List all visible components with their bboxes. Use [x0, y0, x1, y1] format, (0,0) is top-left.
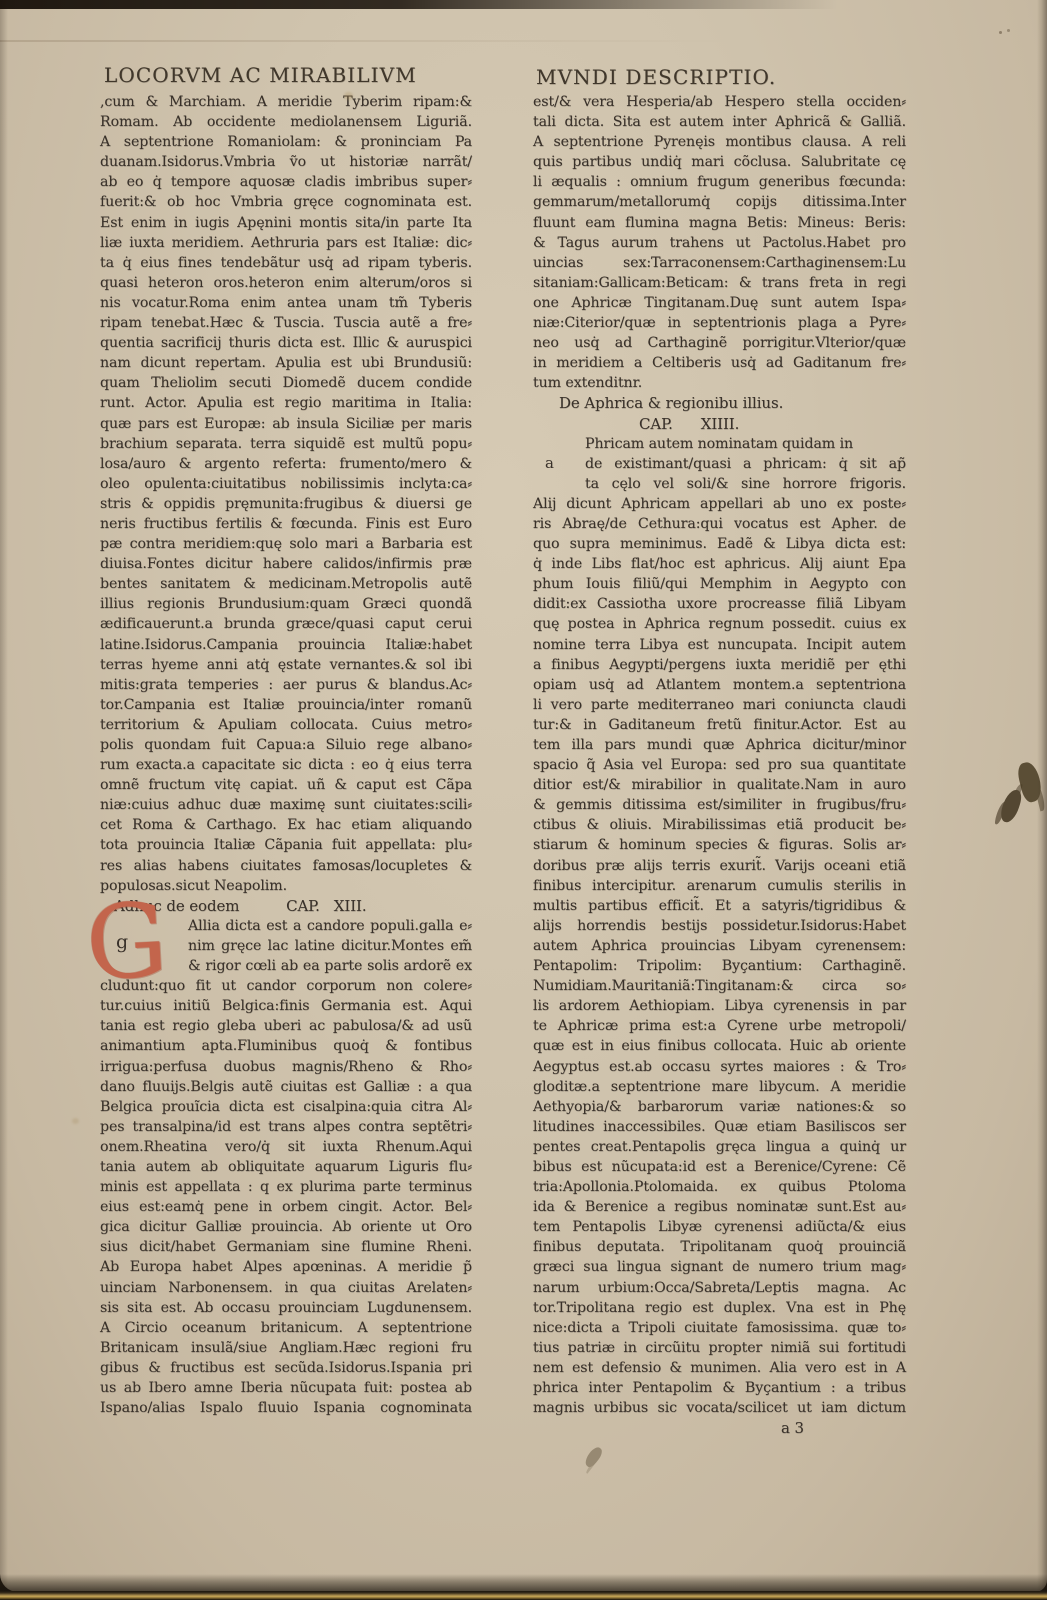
text-line: irrigua:perfusa duobus magnis/Rheno & Rh… [100, 1057, 472, 1077]
text-line: territorium & Apuliam collocata. Cuius m… [100, 715, 472, 735]
text-line: De Aphrica & regionibu illius. [533, 393, 906, 413]
text-line: pentes creat.Pentapolis gręca lingua a q… [533, 1137, 906, 1157]
text-line: quam Theliolim secuti Diomedẽ ducem cond… [100, 373, 472, 393]
text-line: finibus intercipitur. arenarum cumulis s… [533, 876, 906, 896]
text-line: Est enim in iugis Apęnini montis sita/in… [100, 213, 472, 233]
text-line: ab eo q̇ tempore aquosæ cladis imbribus … [100, 172, 472, 192]
text-line: CAP. XIIII. [533, 414, 906, 434]
ink-speck [999, 31, 1002, 34]
text-line: Ab Europa habet Alpes apœninas. A meridi… [100, 1257, 472, 1277]
text-line: niæ:cuius adhuc duæ maximę sunt ciuitate… [100, 795, 472, 815]
text-line: ædificauerunt.a brunda græce/quasi caput… [100, 614, 472, 634]
text-line: nem est defensio & munimen. Alia vero es… [533, 1358, 906, 1378]
text-line: quo supra meminimus. Eadẽ & Libya dicta … [533, 534, 906, 554]
text-line: diuisa.Fontes dicitur habere calidos/inf… [100, 554, 472, 574]
text-line: phum Iouis filiũ/qui Memphim in Aegypto … [533, 574, 906, 594]
scan-edge-left [0, 0, 8, 1600]
text-line: nam dicunt repertam. Apulia est ubi Brun… [100, 353, 472, 373]
foxing-spot [72, 1118, 79, 1124]
text-line: animantium apta.Fluminibus quoq̇ & fonti… [100, 1036, 472, 1056]
text-line: opiam usq̇ ad Atlantem montem.a septentr… [533, 675, 906, 695]
foxing-spot [846, 120, 852, 126]
text-line: Belgica prouĩcia dicta est cisalpina:qui… [100, 1097, 472, 1117]
text-line: gemmarum/metallorumq̇ copijs ditissima.I… [533, 192, 906, 212]
text-line: tania autem ab obliquitate aquarum Ligur… [100, 1157, 472, 1177]
text-line: Aethyopia/& barbarorum variæ nationes:& … [533, 1097, 906, 1117]
text-line: A septentrione Pyrenęis montibus clausa.… [533, 132, 906, 152]
text-line: pæ contra meridiem:quę solo mari a Barba… [100, 534, 472, 554]
running-title-left: LOCORVM AC MIRABILIVM [104, 63, 417, 87]
text-line: alijs horrendis bestijs possidetur.Isido… [533, 916, 906, 936]
text-line: illius regionis Brundusium:quam Græci qu… [100, 594, 472, 614]
scan-edge-right [1037, 0, 1047, 1600]
running-title-right: MVNDI DESCRIPTIO. [536, 65, 776, 89]
text-column-left: G g ,cum & Marchiam. A meridie Tyberim r… [100, 92, 472, 1418]
text-line: a finibus Aegypti/pergens iuxta meridiẽ … [533, 655, 906, 675]
text-line: quæ est in eius finibus collocata. Huic … [533, 1036, 906, 1056]
text-line: tor.Tripolitana regio est duplex. Vna es… [533, 1298, 906, 1318]
text-line: gloditæ.a septentrione mare libycum. A m… [533, 1077, 906, 1097]
text-line: us ab Ibero amne Iberia nũcupata fuit: p… [100, 1378, 472, 1398]
text-line: uincias sex:Tarraconensem:Carthaginensem… [533, 253, 906, 273]
text-line: Phricam autem nominatam quidam in [533, 434, 906, 454]
text-line: nice:dicta a Tripoli ciuitate famosissim… [533, 1318, 906, 1338]
guide-letter-g: g [116, 931, 128, 953]
text-line: ,cum & Marchiam. A meridie Tyberim ripam… [100, 92, 472, 112]
text-line: polis quondam fuit Capua:a Siluio rege a… [100, 735, 472, 755]
text-line: runt. Actor. Apulia est regio maritima i… [100, 393, 472, 413]
text-line: uinciam Narbonensem. in qua ciuitas Arel… [100, 1278, 472, 1298]
text-line: tum extenditnr. [533, 373, 906, 393]
text-line: gibus & fructibus est secũda.Isidorus.Is… [100, 1358, 472, 1378]
text-line: Numidiam.Mauritaniã:Tingitanam:& circa s… [533, 976, 906, 996]
text-line: tem illa pars mundi quæ Aphrica dicitur/… [533, 735, 906, 755]
text-line: ris Abraę/de Cethura:qui vocatus est Aph… [533, 514, 906, 534]
text-column-right: a est/& vera Hesperia/ab Hespero stella … [533, 92, 906, 1438]
text-line: liæ iuxta meridiem. Aethruria pars est I… [100, 233, 472, 253]
text-line: tem Pentapolis Libyæ cyrenensi adiũcta/&… [533, 1217, 906, 1237]
text-line: Aegyptus est.ab occasu syrtes maiores : … [533, 1057, 906, 1077]
text-line: & Tagus aurum trahens ut Pactolus.Habet … [533, 233, 906, 253]
text-line: one Aphricæ Tingitanam.Duę sunt autem Is… [533, 293, 906, 313]
text-line: multis partibus efficit̃. Et a satyris/t… [533, 896, 906, 916]
text-line: losa/auro & argento referta: frumento/me… [100, 454, 472, 474]
text-line: litudines inaccessibiles. Quæ etiam Basi… [533, 1117, 906, 1137]
text-line: bentes sanitatem & medicinam.Metropolis … [100, 574, 472, 594]
text-line: ta cęlo vel soli/& sine horrore frigoris… [533, 474, 906, 494]
text-line: sis sita est. Ab occasu prouinciam Lugdu… [100, 1298, 472, 1318]
text-line: fluunt eam flumina magna Betis: Mineus: … [533, 213, 906, 233]
text-line: li vero parte mediterraneo mari coniunct… [533, 695, 906, 715]
text-line: te Aphricæ prima est:a Cyrene urbe metro… [533, 1016, 906, 1036]
text-line: neo usq̇ ad Carthaginẽ porrigitur.Vlteri… [533, 333, 906, 353]
text-line: gica dicitur Galliæ prouincia. Ab orient… [100, 1217, 472, 1237]
text-line: autem Aphrica prouincias Libyam cyrenens… [533, 936, 906, 956]
text-line: duanam.Isidorus.Vmbria ṽo ut historiæ na… [100, 152, 472, 172]
text-line: quæ pars est Europæ: ab insula Siciliæ p… [100, 414, 472, 434]
text-line: neris fructibus fertilis & fœcunda. Fini… [100, 514, 472, 534]
text-line: onem.Rheatina vero/q̇ sit iuxta Rhenum.A… [100, 1137, 472, 1157]
text-line: quentia sacrificij thuris dicta est. Ill… [100, 333, 472, 353]
foxing-spot [344, 92, 353, 100]
text-line: mitis:grata temperies : aer purus & blan… [100, 675, 472, 695]
text-line: latine.Isidorus.Campania prouincia Itali… [100, 635, 472, 655]
text-line: lis ardorem Aethiopiam. Libya cyrenensis… [533, 996, 906, 1016]
text-line: nis vocatur.Roma enim antea unam tm̃ Tyb… [100, 293, 472, 313]
text-line: quis partibus undiq̇ mari cõclusa. Salub… [533, 152, 906, 172]
text-line: res alias habens ciuitates famosas/locup… [100, 856, 472, 876]
text-line: bibus est nũcupata:id est a Berenice/Cyr… [533, 1157, 906, 1177]
text-line: a 3 [533, 1418, 906, 1438]
text-line: brachium separata. terra siquidẽ est mul… [100, 434, 472, 454]
text-line: dano fluuijs.Belgis autẽ ciuitas est Gal… [100, 1077, 472, 1097]
text-line: Britanicam insulã/siue Angliam.Hæc regio… [100, 1338, 472, 1358]
text-line: A Circio oceanum britanicum. A septentri… [100, 1318, 472, 1338]
text-line: tania est regio gleba uberi ac pabulosa/… [100, 1016, 472, 1036]
text-line: est/& vera Hesperia/ab Hespero stella oc… [533, 92, 906, 112]
page-bottom-shadow [0, 1574, 1047, 1592]
text-line: ripam tenebat.Hæc & Tuscia. Tuscia autẽ … [100, 313, 472, 333]
text-line: Ispano/alias Ispalo fluuio Ispania cogno… [100, 1398, 472, 1418]
text-line: tur:& in Gaditaneum fretũ finitur.Actor.… [533, 715, 906, 735]
text-line: tria:Apollonia.Ptolomaida. ex quibus Pto… [533, 1177, 906, 1197]
text-line: li æqualis : omnium frugum generibus fœc… [533, 172, 906, 192]
text-line: q̇ inde Libs flat/hoc est aphricus. Alij… [533, 554, 906, 574]
text-line: doribus præ alijs terris exurit̃. Varijs… [533, 856, 906, 876]
scan-edge-top [0, 0, 1047, 9]
text-line: de existimant/quasi a phricam: q̇ sit ap… [533, 454, 906, 474]
text-line: nomine terra Libya est nuncupata. Incipi… [533, 635, 906, 655]
smudge-mark [582, 1445, 604, 1469]
text-line: quasi heteron oros.heteron enim alterum/… [100, 273, 472, 293]
ink-speck [1007, 29, 1010, 32]
text-line: quę postea in Aphrica regnum possedit. c… [533, 614, 906, 634]
scanned-book-page: { "page": { "palette": { "paper": "#cfc3… [0, 0, 1047, 1600]
text-line: magnis urbibus sic vocata/scilicet ut ia… [533, 1398, 906, 1418]
text-line: spacio q̃ Asia vel Europa: sed pro sua q… [533, 755, 906, 775]
text-line: finibus deputata. Tripolitanam quoq̇ pro… [533, 1237, 906, 1257]
paper-crease [0, 40, 1047, 42]
text-line: rum exacta.a capacitate sic dicta : eo q… [100, 755, 472, 775]
text-line: fuerit:& ob hoc Vmbria gręce cognominata… [100, 192, 472, 212]
text-line: oleo opulenta:ciuitatibus nobilissimis i… [100, 474, 472, 494]
text-line: omnẽ fructum vitę capiat. uñ & caput est… [100, 775, 472, 795]
text-line: minis est appellata : q ex plurima parte… [100, 1177, 472, 1197]
text-line: ditior est/& mirabilior in qualitate.Nam… [533, 775, 906, 795]
text-line: Pentapolim: Tripolim: Byçantium: Carthag… [533, 956, 906, 976]
text-line: cet Roma & Carthago. Ex hac etiam aliqua… [100, 815, 472, 835]
text-line: ctibus & oliuis. Mirabilissimas etiã pro… [533, 815, 906, 835]
text-line: sius dicit/habet Germaniam sine flumine … [100, 1237, 472, 1257]
text-line: græci sua lingua signant de numero trium… [533, 1257, 906, 1277]
text-line: tota prouincia Italiæ Cãpania fuit appel… [100, 835, 472, 855]
text-line: sitaniam:Gallicam:Beticam: & trans freta… [533, 273, 906, 293]
text-line: narum urbium:Occa/Sabreta/Leptis magna. … [533, 1278, 906, 1298]
text-line: pes transalpina/id est trans alpes contr… [100, 1117, 472, 1137]
text-line: Romam. Ab occidente mediolanensem Liguri… [100, 112, 472, 132]
text-line: & gemmis ditissima est/similiter in frug… [533, 795, 906, 815]
book-page-paper: LOCORVM AC MIRABILIVM MVNDI DESCRIPTIO. … [0, 0, 1047, 1592]
text-line: phrica inter Pentapolim & Byçantium : a … [533, 1378, 906, 1398]
text-line: stris & oppidis pręmunita:frugibus & diu… [100, 494, 472, 514]
text-line: didit:ex Cassiotha uxore procreasse fili… [533, 594, 906, 614]
ink-blot-stain [998, 787, 1024, 824]
text-line: tius patriæ in circũitu propter nimiã su… [533, 1338, 906, 1358]
text-line: terras hyeme anni atq̇ ęstate vernantes.… [100, 655, 472, 675]
text-line: niæ:Citerior/quæ in septentrionis plaga … [533, 313, 906, 333]
text-line: stiarum & hominum species & figuras. Sol… [533, 835, 906, 855]
text-line: in meridiem a Celtiberis usq̇ ad Gaditan… [533, 353, 906, 373]
text-line: Alij dicunt Aphricam appellari ab uno ex… [533, 494, 906, 514]
guide-letter-a: a [545, 454, 554, 472]
gilt-book-edge [0, 1591, 1047, 1600]
text-line: A septentrione Romaniolam: & proninciam … [100, 132, 472, 152]
text-line: ida & Berenice a regibus nominatæ sunt.E… [533, 1197, 906, 1217]
text-line: eius est:eamq̇ pene in orbem cingit. Act… [100, 1197, 472, 1217]
text-line: ta q̇ eius fines tendebãtur usq̇ ad ripa… [100, 253, 472, 273]
text-line: tor.Campania est Italiæ prouincia/inter … [100, 695, 472, 715]
